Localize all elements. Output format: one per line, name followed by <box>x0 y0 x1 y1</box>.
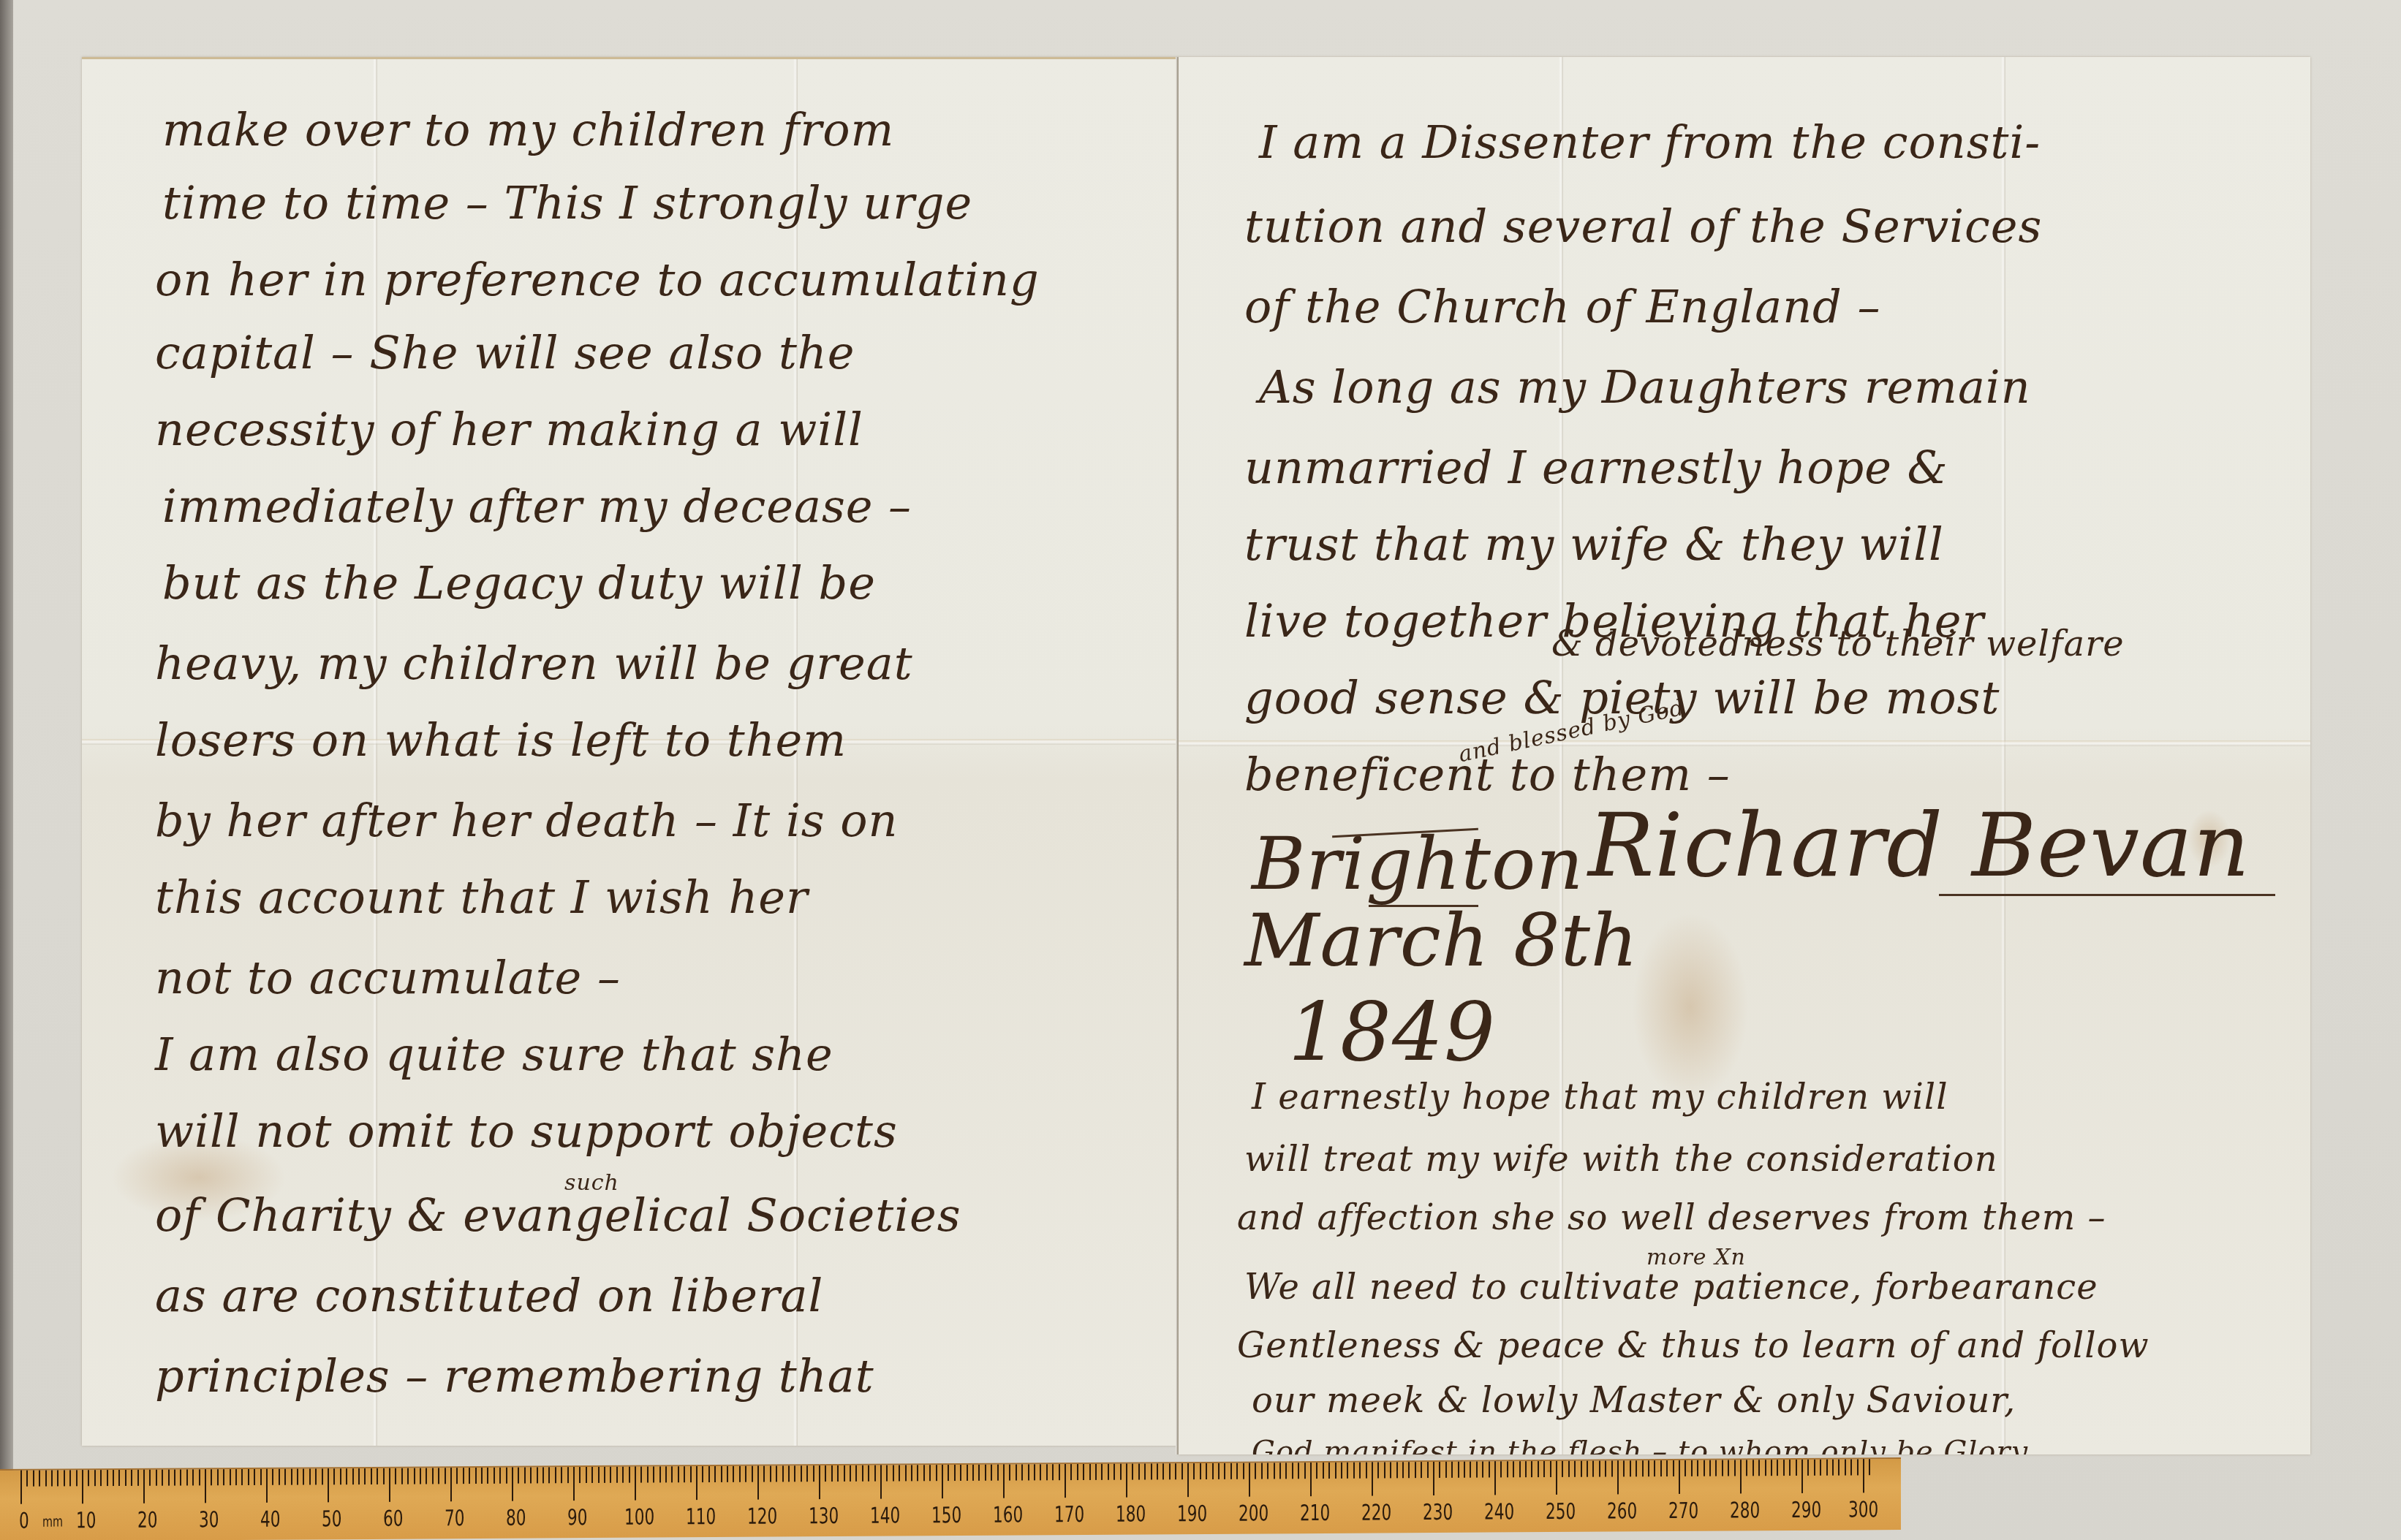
text-line: losers on what is left to them <box>155 713 847 767</box>
text-line: heavy, my children will be great <box>155 637 913 690</box>
ruler-label: 180 <box>1116 1501 1146 1527</box>
fold-line <box>2001 57 2005 1454</box>
ruler-label: 140 <box>870 1503 900 1528</box>
letter-page-right: I am a Dissenter from the consti- tution… <box>1179 57 2310 1454</box>
underline <box>1369 905 1478 907</box>
text-line: will not omit to support objects <box>155 1104 898 1158</box>
ruler-label: 10 <box>76 1508 96 1533</box>
ruler-label: 90 <box>567 1505 587 1530</box>
ruler-label: 20 <box>137 1508 157 1533</box>
postscript-line: Gentleness & peace & thus to learn of an… <box>1237 1325 2149 1366</box>
letter-page-left: make over to my children from time to ti… <box>82 57 1179 1446</box>
signature: Richard Bevan <box>1588 795 2250 897</box>
ruler-label: 280 <box>1730 1498 1760 1523</box>
ruler-label: 240 <box>1484 1499 1514 1525</box>
ruler-label: 120 <box>747 1504 777 1530</box>
ruler-label: 190 <box>1177 1501 1207 1527</box>
interlinear-insertion: & devotedness to their welfare <box>1551 623 2125 664</box>
ruler-label: 150 <box>931 1503 961 1528</box>
frame-edge <box>0 0 13 1540</box>
postscript-line: our meek & lowly Master & only Saviour, <box>1252 1380 2016 1421</box>
ruler-label: 290 <box>1791 1498 1821 1523</box>
ruler-label: 170 <box>1054 1502 1084 1528</box>
foxing-stain <box>1632 912 1749 1102</box>
postscript-line: I earnestly hope that my children will <box>1252 1077 1948 1118</box>
ruler-label: 160 <box>993 1502 1023 1528</box>
ruler-label: 300 <box>1848 1497 1878 1522</box>
text-line: As long as my Daughters remain <box>1259 360 2031 414</box>
text-line: of Charity & evangelical Societies <box>155 1188 961 1242</box>
ruler-label: 270 <box>1668 1498 1698 1524</box>
ruler-label: 130 <box>809 1503 839 1529</box>
text-line: trust that my wife & they will <box>1244 517 1944 571</box>
postscript-line: We all need to cultivate patience, forbe… <box>1244 1267 2098 1308</box>
text-line: I am also quite sure that she <box>155 1028 833 1081</box>
ruler-label: 30 <box>199 1507 219 1533</box>
text-line: I am a Dissenter from the consti- <box>1259 115 2041 169</box>
text-line: by her after her death – It is on <box>155 794 899 847</box>
ruler-label: 70 <box>445 1506 464 1531</box>
ruler-label: 100 <box>624 1505 654 1530</box>
text-line: time to time – This I strongly urge <box>162 176 972 230</box>
ruler-label: 260 <box>1607 1498 1637 1524</box>
text-line: immediately after my decease – <box>162 479 912 533</box>
text-line: principles – remembering that <box>155 1349 874 1403</box>
ruler-unit: mm <box>42 1512 63 1530</box>
postscript-line: will treat my wife with the consideratio… <box>1244 1139 1998 1180</box>
text-line: not to accumulate – <box>155 951 621 1004</box>
text-line: make over to my children from <box>162 103 894 156</box>
ruler-label: 40 <box>260 1507 280 1533</box>
text-line: necessity of her making a will <box>155 403 863 456</box>
ruler-label: 80 <box>506 1506 526 1531</box>
year: 1849 <box>1288 985 1496 1079</box>
ruler-label: 250 <box>1546 1499 1576 1525</box>
text-line: but as the Legacy duty will be <box>162 556 876 610</box>
signature-underline <box>1939 894 2275 896</box>
postscript-line: God manifest in the flesh – to whom only… <box>1252 1435 2028 1454</box>
text-line: capital – She will see also the <box>155 326 855 379</box>
text-line: of the Church of England – <box>1244 280 1881 333</box>
ruler-label: 50 <box>322 1506 341 1532</box>
date-line: March 8th <box>1244 898 1638 983</box>
text-line: beneficent to them – <box>1244 748 1731 801</box>
ruler-label: 200 <box>1239 1501 1268 1526</box>
postscript-line: and affection she so well deserves from … <box>1237 1197 2106 1238</box>
measuring-ruler: 0 mm 10 20 30 40 50 60 70 80 90 100 110 … <box>0 1457 1901 1540</box>
text-line: on her in preference to accumulating <box>155 253 1040 306</box>
ruler-label: 60 <box>383 1506 403 1532</box>
ruler-label: 210 <box>1300 1501 1330 1526</box>
text-line: unmarried I earnestly hope & <box>1244 441 1948 494</box>
text-line: this account that I wish her <box>155 870 809 924</box>
place-name: Brighton <box>1252 821 1584 906</box>
text-line: as are constituted on liberal <box>155 1269 823 1322</box>
ruler-label: 0 <box>19 1509 29 1534</box>
ruler-label: 220 <box>1361 1500 1391 1525</box>
ruler-label: 230 <box>1423 1500 1453 1525</box>
fold-line <box>1179 740 2310 746</box>
text-line: tution and several of the Services <box>1244 200 2042 253</box>
ruler-label: 110 <box>686 1504 716 1530</box>
